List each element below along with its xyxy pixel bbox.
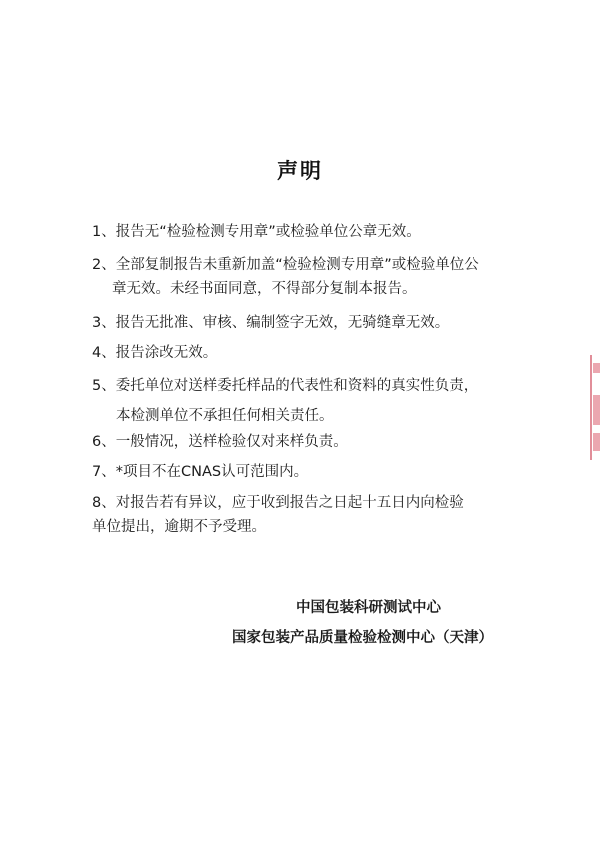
clause-4: 4、报告涂改无效。 <box>92 341 217 365</box>
clause-6: 6、一般情况，送样检验仅对来样负责。 <box>92 430 348 454</box>
clause-3: 3、报告无批准、审核、编制签字无效，无骑缝章无效。 <box>92 311 449 335</box>
clause-text: 报告无“检验检测专用章”或检验单位公章无效。 <box>116 224 421 240</box>
clause-8: 8、对报告若有异议，应于收到报告之日起十五日内向检验 单位提出，逾期不予受理。 <box>92 491 464 539</box>
clause-text-continued: 章无效。未经书面同意，不得部分复制本报告。 <box>92 277 479 301</box>
clause-text-continued: 单位提出，逾期不予受理。 <box>92 515 464 539</box>
clause-1: 1、报告无“检验检测专用章”或检验单位公章无效。 <box>92 220 421 244</box>
issuer-name: 中国包装科研测试中心 <box>296 596 441 617</box>
clause-number: 2、 <box>92 257 116 273</box>
clause-text: 一般情况，送样检验仅对来样负责。 <box>116 434 348 450</box>
clause-number: 5、 <box>92 378 116 394</box>
seam-seal-stamp <box>590 355 600 460</box>
clause-text: 全部复制报告未重新加盖“检验检测专用章”或检验单位公 <box>116 257 479 273</box>
clause-number: 8、 <box>92 495 116 511</box>
clause-text: 对报告若有异议，应于收到报告之日起十五日内向检验 <box>116 495 464 511</box>
clause-2: 2、全部复制报告未重新加盖“检验检测专用章”或检验单位公 章无效。未经书面同意，… <box>92 253 479 301</box>
clause-text-continued: 本检测单位不承担任何相关责任。 <box>92 401 478 431</box>
clause-7: 7、*项目不在CNAS认可范围内。 <box>92 460 308 484</box>
clause-text: 报告涂改无效。 <box>116 345 218 361</box>
clause-text: *项目不在CNAS认可范围内。 <box>116 464 308 480</box>
clause-number: 7、 <box>92 464 116 480</box>
clause-number: 4、 <box>92 345 116 361</box>
clause-text: 委托单位对送样委托样品的代表性和资料的真实性负责， <box>116 378 479 394</box>
clause-number: 3、 <box>92 315 116 331</box>
page-title: 声明 <box>0 155 600 185</box>
clause-text: 报告无批准、审核、编制签字无效，无骑缝章无效。 <box>116 315 450 331</box>
clause-5: 5、委托单位对送样委托样品的代表性和资料的真实性负责， 本检测单位不承担任何相关… <box>92 371 478 431</box>
clause-number: 6、 <box>92 434 116 450</box>
clause-number: 1、 <box>92 224 116 240</box>
issuer-name-full: 国家包装产品质量检验检测中心（天津） <box>232 626 493 647</box>
